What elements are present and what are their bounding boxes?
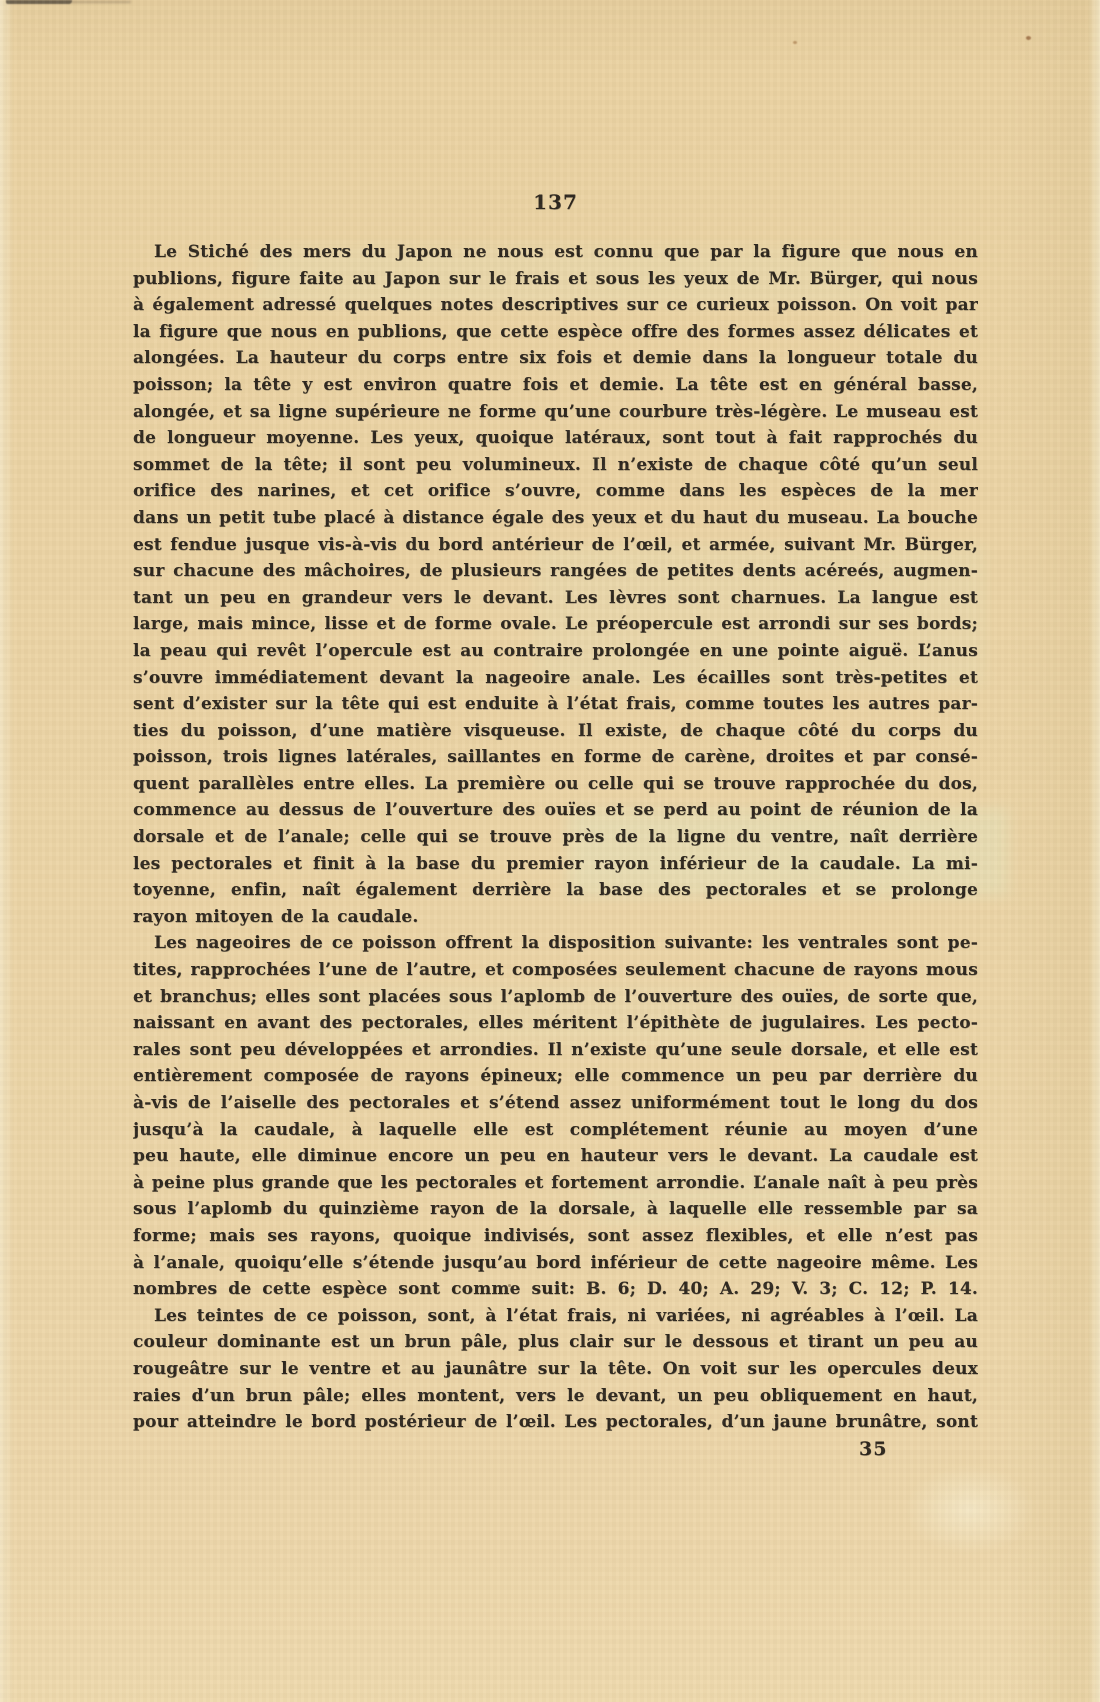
text-line: jusqu’à la caudale, à laquelle elle est … [133,1117,978,1144]
text-line: alongée, et sa ligne supérieure ne forme… [133,399,978,426]
page-number-header: 137 [133,190,978,214]
text-line: quent parallèles entre elles. La premièr… [133,771,978,798]
text-line: Les nageoires de ce poisson offrent la d… [133,930,978,957]
text-line: rales sont peu développées et arrondies.… [133,1037,978,1064]
text-line: la peau qui revêt l’opercule est au cont… [133,638,978,665]
text-line: à peine plus grande que les pectorales e… [133,1170,978,1197]
text-line: forme; mais ses rayons, quoique indivisé… [133,1223,978,1250]
text-line: rougeâtre sur le ventre et au jaunâtre s… [133,1356,978,1383]
text-line: à également adressé quelques notes descr… [133,292,978,319]
text-line: dorsale et de l’anale; celle qui se trou… [133,824,978,851]
text-line: poisson; la tête y est environ quatre fo… [133,372,978,399]
text-line: la figure que nous en publions, que cett… [133,319,978,346]
text-line: à l’anale, quoiqu’elle s’étende jusqu’au… [133,1250,978,1277]
text-line: Le Stiché des mers du Japon ne nous est … [133,239,978,266]
text-line: les pectorales et finit à la base du pre… [133,851,978,878]
text-line: nombres de cette espèce sont comme suit:… [133,1276,978,1303]
text-line: dans un petit tube placé à distance égal… [133,505,978,532]
paragraph: Le Stiché des mers du Japon ne nous est … [133,239,978,930]
text-line: tites, rapprochées l’une de l’autre, et … [133,957,978,984]
signature-mark: 35 [859,1438,887,1460]
text-line: et branchus; elles sont placées sous l’a… [133,984,978,1011]
text-line: orifice des narines, et cet orifice s’ou… [133,478,978,505]
text-line: rayon mitoyen de la caudale. [133,904,978,931]
text-line: publions, figure faite au Japon sur le f… [133,266,978,293]
paragraph: Les nageoires de ce poisson offrent la d… [133,930,978,1302]
text-line: commence au dessus de l’ouverture des ou… [133,797,978,824]
text-line: Les teintes de ce poisson, sont, à l’éta… [133,1303,978,1330]
text-line: sommet de la tête; il sont peu volumineu… [133,452,978,479]
text-line: sent d’exister sur la tête qui est endui… [133,691,978,718]
text-line: sous l’aplomb du quinzième rayon de la d… [133,1196,978,1223]
text-line: naissant en avant des pectorales, elles … [133,1010,978,1037]
text-line: sur chacune des mâchoires, de plusieurs … [133,558,978,585]
text-line: entièrement composée de rayons épineux; … [133,1063,978,1090]
text-line: à-vis de l’aiselle des pectorales et s’é… [133,1090,978,1117]
scan-edge-smudge [6,0,72,4]
paper-stain [905,1465,1035,1555]
text-line: s’ouvre immédiatement devant la nageoire… [133,665,978,692]
paragraph: Les teintes de ce poisson, sont, à l’éta… [133,1303,978,1436]
text-line: poisson, trois lignes latérales, saillan… [133,744,978,771]
text-line: tant un peu en grandeur vers le devant. … [133,585,978,612]
text-line: ties du poisson, d’une matière visqueuse… [133,718,978,745]
book-page-scan: 137 Le Stiché des mers du Japon ne nous … [0,0,1100,1702]
paper-speck [793,41,797,44]
text-line: de longueur moyenne. Les yeux, quoique l… [133,425,978,452]
paper-speck [1026,36,1031,40]
text-line: pour atteindre le bord postérieur de l’œ… [133,1409,978,1436]
text-line: peu haute, elle diminue encore un peu en… [133,1143,978,1170]
text-line: large, mais mince, lisse et de forme ova… [133,611,978,638]
text-line: alongées. La hauteur du corps entre six … [133,345,978,372]
text-line: raies d’un brun pâle; elles montent, ver… [133,1383,978,1410]
body-text-block: Le Stiché des mers du Japon ne nous est … [133,239,978,1436]
text-line: couleur dominante est un brun pâle, plus… [133,1329,978,1356]
text-line: est fendue jusque vis-à-vis du bord anté… [133,532,978,559]
text-line: toyenne, enfin, naît également derrière … [133,877,978,904]
